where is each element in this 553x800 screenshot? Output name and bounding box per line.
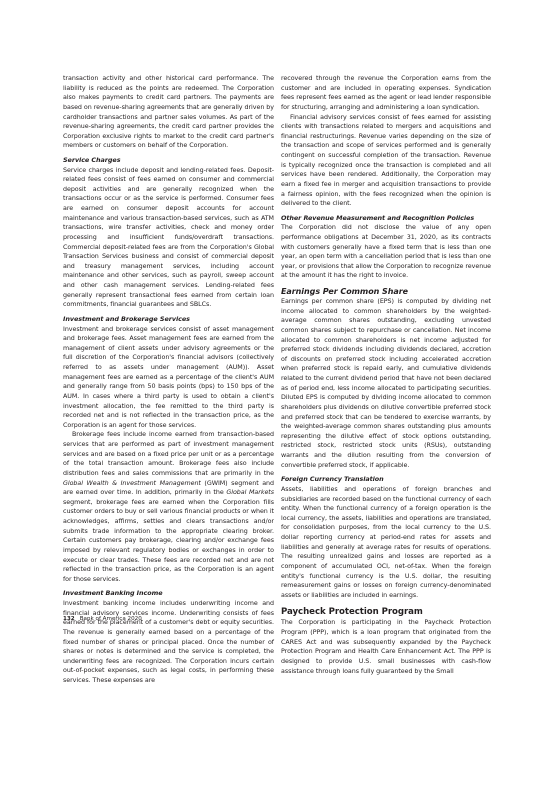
paragraph-foreign-currency: Assets, liabilities and operations of fo… — [281, 485, 491, 601]
paragraph-investment-brokerage-2: Brokerage fees include income earned fro… — [63, 430, 274, 584]
paragraph-ppp: The Corporation is participating in the … — [281, 618, 491, 676]
publication-name: Bank of America 2020 — [80, 616, 142, 622]
paragraph-other-revenue: The Corporation did not disclose the val… — [281, 223, 491, 281]
heading-ppp: Paycheck Protection Program — [281, 606, 491, 618]
heading-investment-brokerage: Investment and Brokerage Services — [63, 315, 274, 325]
heading-foreign-currency: Foreign Currency Translation — [281, 475, 491, 485]
paragraph-financial-advisory: Financial advisory services consist of f… — [281, 113, 491, 209]
segment-name-global-markets: Global Markets — [226, 489, 274, 496]
paragraph-syndication: recovered through the revenue the Corpor… — [281, 74, 491, 113]
left-column: transaction activity and other historica… — [63, 74, 274, 686]
paragraph-eps: Earnings per common share (EPS) is compu… — [281, 297, 491, 470]
page-footer: 132Bank of America 2020 — [63, 616, 142, 622]
paragraph-service-charges: Service charges include deposit and lend… — [63, 166, 274, 310]
heading-investment-banking: Investment Banking Income — [63, 589, 274, 599]
paragraph-investment-banking: Investment banking income includes under… — [63, 599, 274, 686]
paragraph-investment-brokerage-1: Investment and brokerage services consis… — [63, 325, 274, 431]
right-column: recovered through the revenue the Corpor… — [281, 74, 491, 676]
text-run: segment, brokerage fees are earned when … — [63, 499, 274, 583]
document-page: transaction activity and other historica… — [0, 0, 553, 800]
page-number: 132 — [63, 616, 75, 622]
text-run: Brokerage fees include income earned fro… — [63, 431, 274, 477]
heading-eps: Earnings Per Common Share — [281, 286, 491, 297]
segment-name-gwim: Global Wealth & Investment Management — [63, 480, 201, 487]
paragraph-card-partners: transaction activity and other historica… — [63, 74, 274, 151]
heading-other-revenue: Other Revenue Measurement and Recognitio… — [281, 214, 491, 224]
heading-service-charges: Service Charges — [63, 156, 274, 166]
